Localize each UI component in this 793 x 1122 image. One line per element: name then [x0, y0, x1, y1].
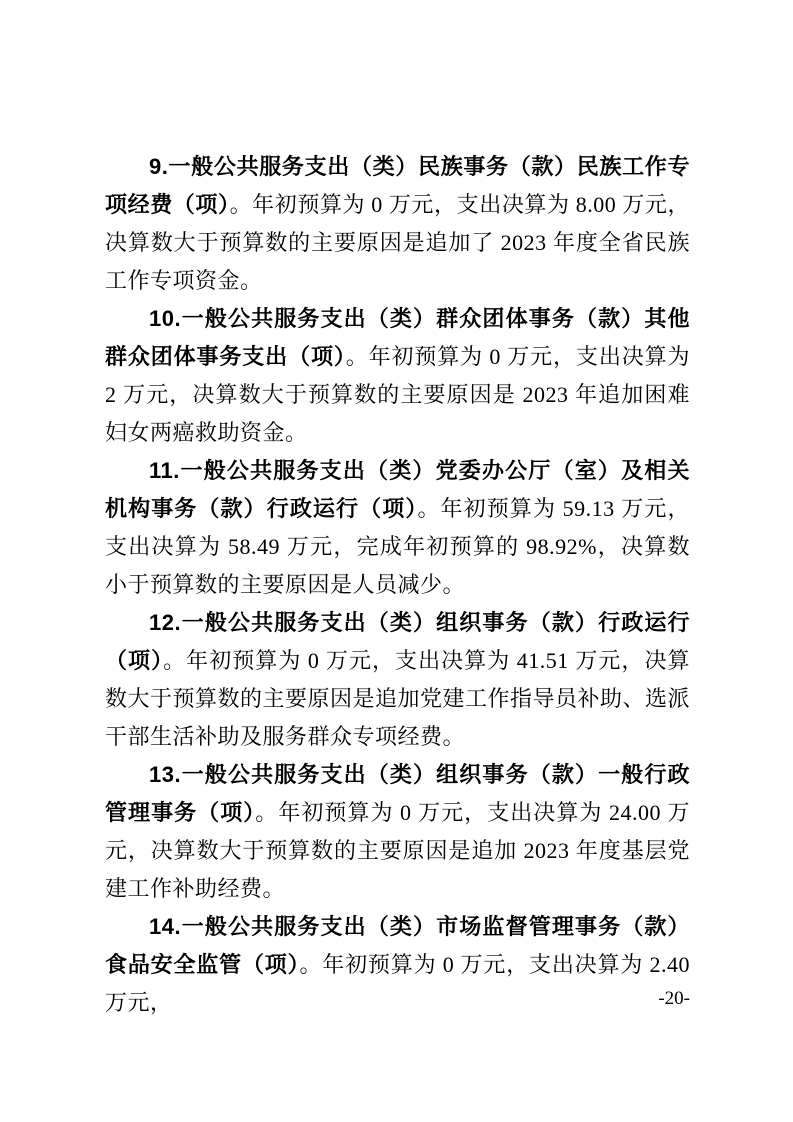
document-body: 9.一般公共服务支出（类）民族事务（款）民族工作专项经费（项）。年初预算为 0 … — [105, 148, 690, 1022]
page-number: -20- — [658, 988, 690, 1010]
budget-item-paragraph-11: 11.一般公共服务支出（类）党委办公厅（室）及相关机构事务（款）行政运行（项）。… — [105, 452, 690, 604]
budget-item-paragraph-13: 13.一般公共服务支出（类）组织事务（款）一般行政管理事务（项）。年初预算为 0… — [105, 756, 690, 908]
budget-item-paragraph-9: 9.一般公共服务支出（类）民族事务（款）民族工作专项经费（项）。年初预算为 0 … — [105, 148, 690, 300]
budget-item-paragraph-12: 12.一般公共服务支出（类）组织事务（款）行政运行（项）。年初预算为 0 万元，… — [105, 604, 690, 756]
budget-item-paragraph-14: 14.一般公共服务支出（类）市场监督管理事务（款）食品安全监管（项）。年初预算为… — [105, 908, 690, 1022]
budget-item-paragraph-10: 10.一般公共服务支出（类）群众团体事务（款）其他群众团体事务支出（项）。年初预… — [105, 300, 690, 452]
budget-item-text: 。年初预算为 0 万元，支出决算为 41.51 万元，决算数大于预算数的主要原因… — [105, 648, 690, 749]
document-page: 9.一般公共服务支出（类）民族事务（款）民族工作专项经费（项）。年初预算为 0 … — [0, 0, 793, 1122]
